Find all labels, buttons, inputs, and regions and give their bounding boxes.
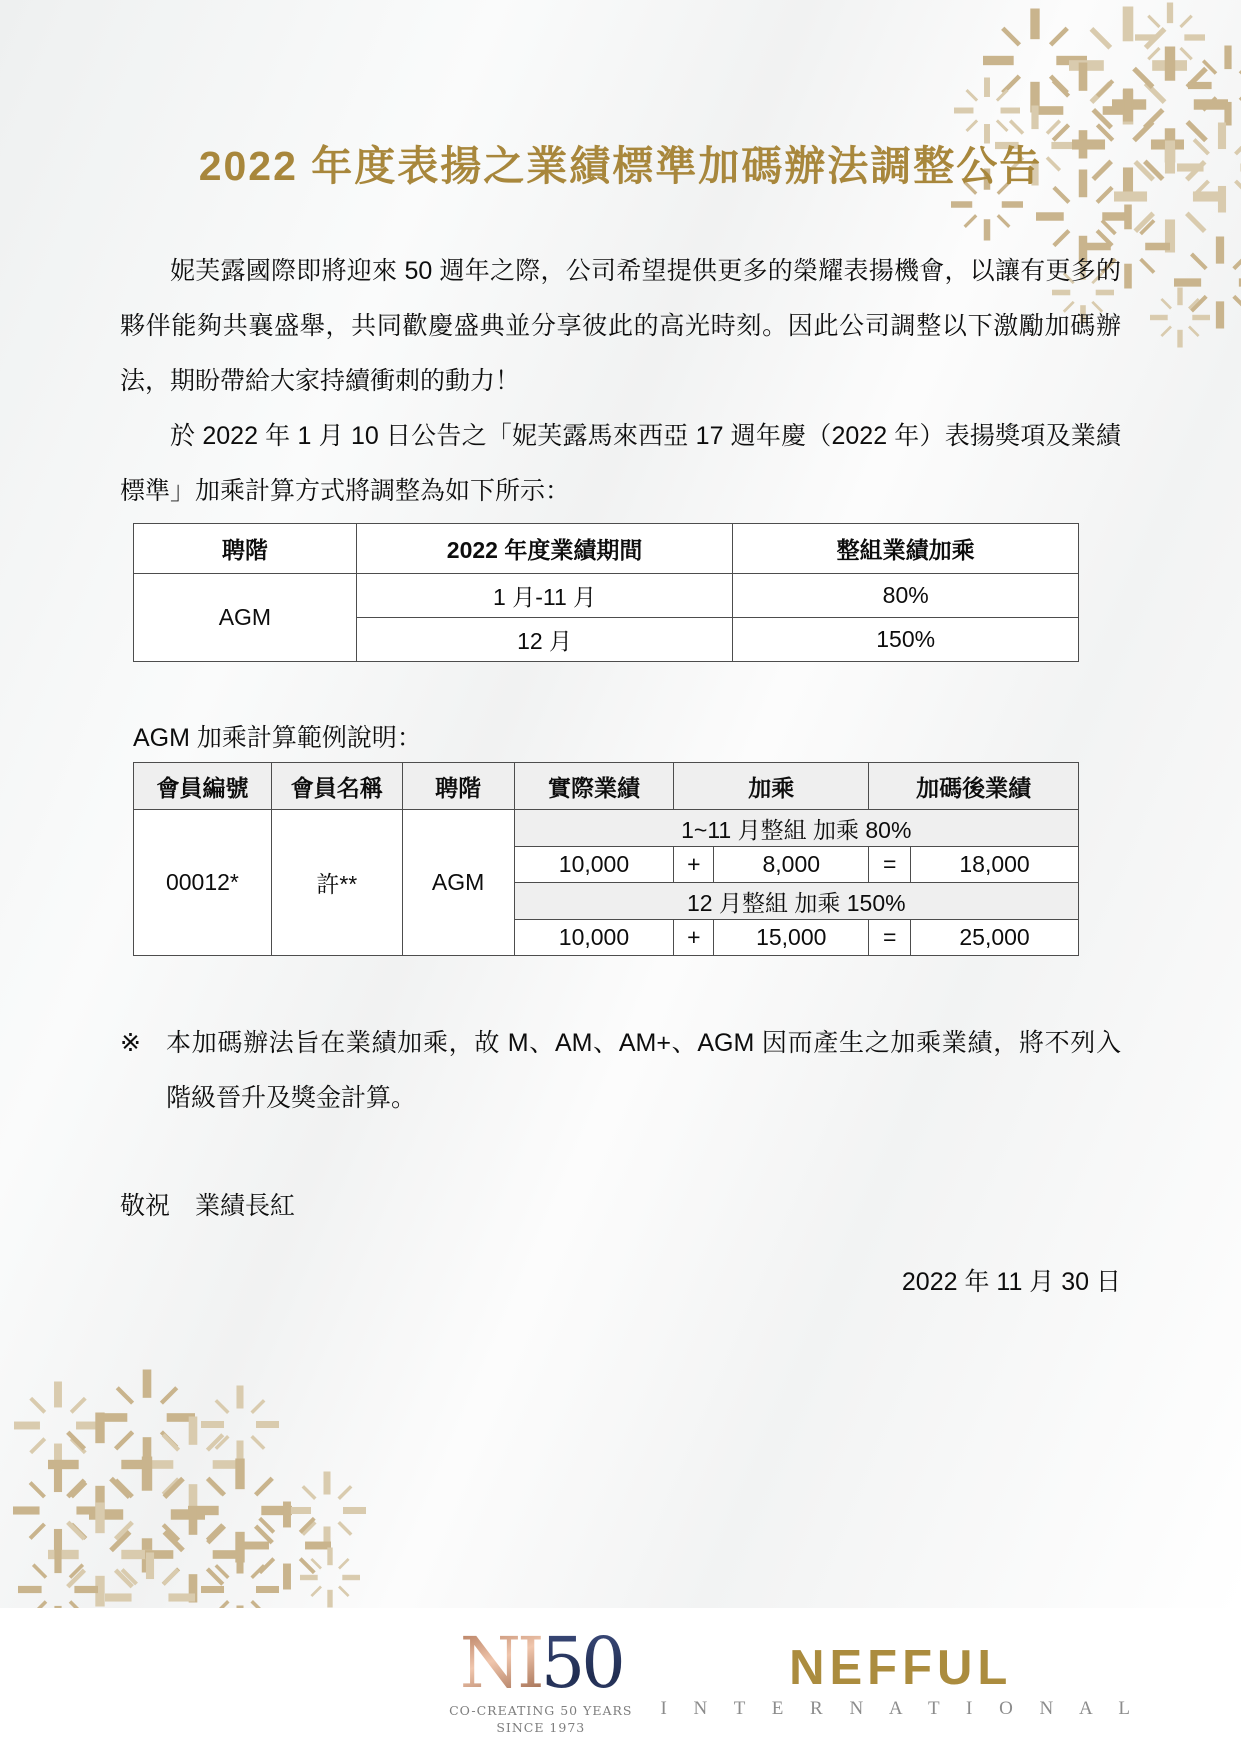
- table-header-row: 聘階 2022 年度業績期間 整組業績加乘: [134, 524, 1079, 574]
- rank-cell: AGM: [134, 574, 357, 662]
- header-period: 2022 年度業績期間: [356, 524, 733, 574]
- intro-paragraph: 妮芙露國際即將迎來 50 週年之際，公司希望提供更多的榮耀表揚機會，以讓有更多的…: [120, 244, 1121, 409]
- n50-letters-ni: NI: [460, 1628, 541, 1698]
- n50-caption: CO-CREATING 50 YEARS SINCE 1973: [449, 1702, 632, 1736]
- header-group-bonus: 整組業績加乘: [733, 524, 1079, 574]
- table-row: 00012* 許** AGM 1~11 月整組 加乘 80%: [134, 810, 1079, 847]
- plus-sign: +: [674, 847, 714, 883]
- blessing-line: 敬祝 業績長紅: [120, 1186, 1121, 1222]
- nefful-subtitle: I N T E R N A T I O N A L: [660, 1698, 1141, 1720]
- header-member-id: 會員編號: [134, 763, 272, 810]
- equals-sign: =: [869, 847, 911, 883]
- n50-caption-line1: CO-CREATING 50 YEARS: [449, 1702, 632, 1719]
- header-member-name: 會員名稱: [271, 763, 402, 810]
- adjustment-paragraph: 於 2022 年 1 月 10 日公告之「妮芙露馬來西亞 17 週年慶（2022…: [120, 409, 1121, 519]
- member-id-cell: 00012*: [134, 810, 272, 956]
- disclaimer-note: ※ 本加碼辦法旨在業績加乘，故 M、AM、AM+、AGM 因而產生之加乘業績，將…: [120, 1016, 1121, 1126]
- bonus-cell: 150%: [733, 618, 1079, 662]
- n50-letters-50: 50: [541, 1628, 622, 1698]
- header-actual-sales: 實際業績: [514, 763, 674, 810]
- note-marker: ※: [120, 1016, 166, 1126]
- header-rank: 聘階: [134, 524, 357, 574]
- n50-caption-line2: SINCE 1973: [449, 1719, 632, 1736]
- period-cell: 1 月-11 月: [356, 574, 733, 618]
- header-bonus: 加乘: [674, 763, 869, 810]
- example-caption: AGM 加乘計算範例說明：: [133, 718, 1121, 754]
- date-line: 2022 年 11 月 30 日: [120, 1262, 1121, 1298]
- member-name-cell: 許**: [271, 810, 402, 956]
- equals-sign: =: [869, 920, 911, 956]
- group-label-cell: 1~11 月整組 加乘 80%: [514, 810, 1078, 847]
- group-label-cell: 12 月整組 加乘 150%: [514, 883, 1078, 920]
- bonus-rate-table: 聘階 2022 年度業績期間 整組業績加乘 AGM 1 月-11 月 80% 1…: [133, 523, 1079, 662]
- table-header-row: 會員編號 會員名稱 聘階 實際業績 加乘 加碼後業績: [134, 763, 1079, 810]
- bonus-cell: 80%: [733, 574, 1079, 618]
- page-title: 2022 年度表揚之業績標準加碼辦法調整公告: [120, 133, 1121, 192]
- header-rank: 聘階: [402, 763, 514, 810]
- nefful-wordmark: NEFFUL: [789, 1643, 1012, 1693]
- note-text: 本加碼辦法旨在業績加乘，故 M、AM、AM+、AGM 因而產生之加乘業績，將不列…: [166, 1016, 1121, 1126]
- period-cell: 12 月: [356, 618, 733, 662]
- nefful-logo: NEFFUL I N T E R N A T I O N A L: [660, 1643, 1141, 1720]
- bonus-cell: 15,000: [714, 920, 869, 956]
- total-cell: 18,000: [911, 847, 1079, 883]
- announcement-page: 2022 年度表揚之業績標準加碼辦法調整公告 妮芙露國際即將迎來 50 週年之際…: [0, 0, 1241, 1755]
- example-table: 會員編號 會員名稱 聘階 實際業績 加乘 加碼後業績 00012* 許** AG…: [133, 762, 1079, 956]
- base-cell: 10,000: [514, 847, 674, 883]
- footer: NI50 CO-CREATING 50 YEARS SINCE 1973 NEF…: [0, 1608, 1241, 1755]
- bonus-cell: 8,000: [714, 847, 869, 883]
- header-boosted-sales: 加碼後業績: [869, 763, 1079, 810]
- table-row: AGM 1 月-11 月 80%: [134, 574, 1079, 618]
- n50-anniversary-logo: NI50 CO-CREATING 50 YEARS SINCE 1973: [449, 1628, 632, 1736]
- base-cell: 10,000: [514, 920, 674, 956]
- n50-logo-mark: NI50: [460, 1628, 622, 1698]
- total-cell: 25,000: [911, 920, 1079, 956]
- rank-cell: AGM: [402, 810, 514, 956]
- plus-sign: +: [674, 920, 714, 956]
